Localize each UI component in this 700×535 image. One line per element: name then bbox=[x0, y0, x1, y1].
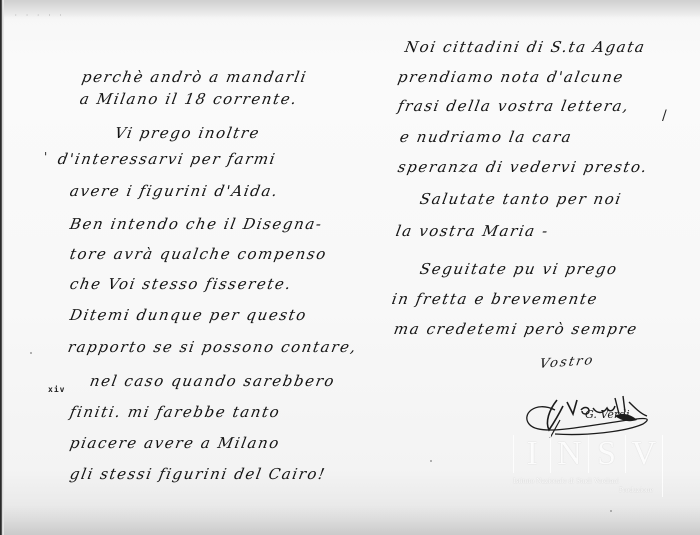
closing-salutation: Vostro bbox=[538, 353, 595, 372]
right-line-6: Salutate tanto per noi bbox=[418, 190, 623, 208]
right-line-7: la vostra Maria - bbox=[394, 222, 550, 240]
watermark-rule bbox=[662, 435, 663, 497]
left-line-3: Vi prego inoltre bbox=[113, 124, 261, 142]
signature-text: G. Verdi bbox=[585, 408, 630, 421]
page-edge bbox=[0, 0, 4, 535]
left-line-10: rapporto se si possono contare, bbox=[66, 338, 358, 356]
paper-speck bbox=[430, 460, 432, 462]
margin-tick: ' bbox=[44, 150, 47, 164]
margin-note: xiv bbox=[48, 385, 65, 394]
paper-speck bbox=[30, 352, 32, 354]
left-line-2: a Milano il 18 corrente. bbox=[78, 90, 299, 108]
letter-page: · · · · · perchè andrò a mandarli a Mila… bbox=[0, 0, 700, 535]
signature-flourish: G. Verdi bbox=[515, 380, 665, 440]
archive-pencil-mark: · · · · · bbox=[14, 12, 64, 19]
watermark-letter: S bbox=[589, 435, 626, 473]
stroke-mark: / bbox=[662, 108, 667, 124]
right-line-9: in fretta e brevemente bbox=[390, 290, 599, 308]
right-line-2: prendiamo nota d'alcune bbox=[396, 68, 625, 86]
left-line-8: che Voi stesso fisserete. bbox=[68, 275, 293, 293]
bottom-fold-shadow bbox=[0, 505, 700, 535]
paper-speck bbox=[610, 510, 612, 512]
right-line-8: Seguitate pu vi prego bbox=[418, 260, 619, 278]
left-line-7: tore avrà qualche compenso bbox=[68, 245, 328, 263]
watermark-logo: I N S V bbox=[513, 435, 663, 473]
left-line-6: Ben intendo che il Disegna- bbox=[68, 215, 324, 233]
right-line-3: frasi della vostra lettera, bbox=[396, 97, 631, 115]
left-line-12: finiti. mi farebbe tanto bbox=[68, 403, 282, 421]
left-line-13: piacere avere a Milano bbox=[68, 434, 281, 452]
watermark-institution: Istituto Nazionale di Studi Verdiani bbox=[513, 476, 663, 485]
insv-watermark: I N S V Istituto Nazionale di Studi Verd… bbox=[513, 435, 663, 505]
watermark-letter: I bbox=[514, 435, 551, 473]
left-line-14: gli stessi figurini del Cairo! bbox=[68, 465, 327, 483]
left-line-5: avere i figurini d'Aida. bbox=[68, 182, 280, 200]
right-line-4: e nudriamo la cara bbox=[398, 128, 573, 146]
right-line-10: ma credetemi però sempre bbox=[392, 320, 639, 338]
top-fold-shadow bbox=[0, 0, 700, 20]
watermark-subtitle: Produzione bbox=[513, 485, 663, 494]
watermark-letter: N bbox=[551, 435, 588, 473]
left-line-4: d'interessarvi per farmi bbox=[56, 150, 277, 168]
right-line-1: Noi cittadini di S.ta Agata bbox=[403, 38, 647, 56]
left-line-1: perchè andrò a mandarli bbox=[80, 68, 353, 86]
right-line-5: speranza di vedervi presto. bbox=[396, 158, 649, 176]
left-line-11: nel caso quando sarebbero bbox=[88, 372, 336, 390]
watermark-letter: V bbox=[626, 435, 663, 473]
left-line-9: Ditemi dunque per questo bbox=[68, 306, 308, 324]
